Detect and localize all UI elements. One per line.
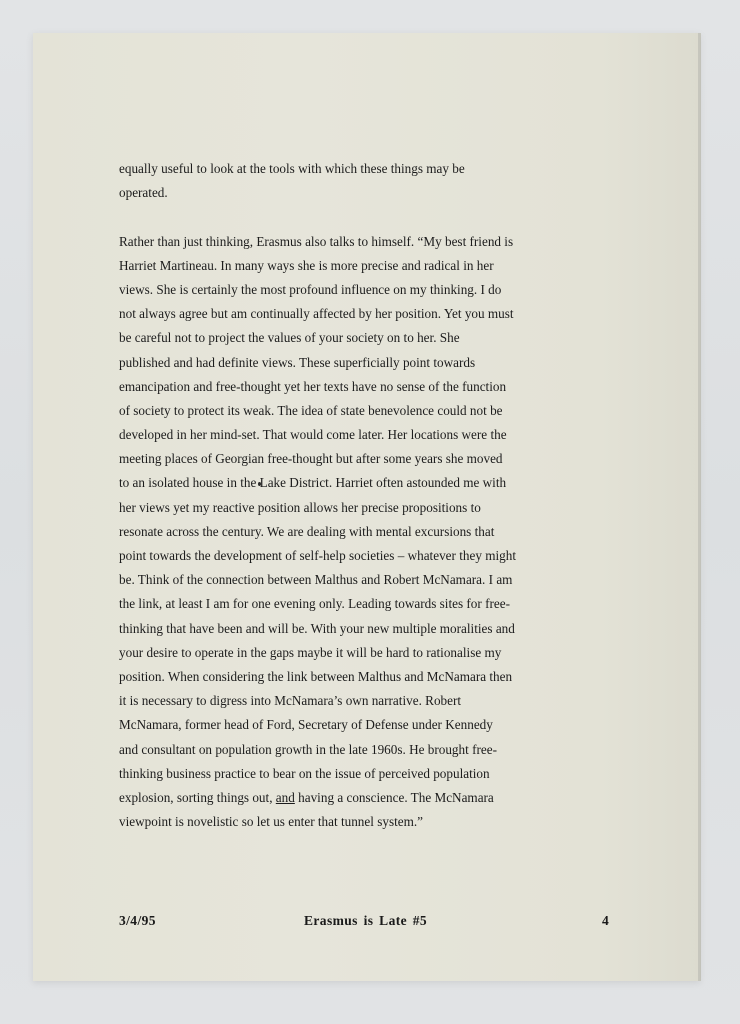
text-line: your desire to operate in the gaps maybe…	[119, 641, 539, 665]
text-line: meeting places of Georgian free-thought …	[119, 447, 539, 471]
text-line: it is necessary to digress into McNamara…	[119, 689, 539, 713]
text-line: be careful not to project the values of …	[119, 326, 539, 350]
text-line: the link, at least I am for one evening …	[119, 592, 539, 616]
footer-date: 3/4/95	[119, 913, 156, 929]
text-line-with-underline: explosion, sorting things out, and havin…	[119, 786, 539, 810]
text-line: McNamara, former head of Ford, Secretary…	[119, 713, 539, 737]
text-fragment: explosion, sorting things out,	[119, 790, 276, 805]
text-line: be. Think of the connection between Malt…	[119, 568, 539, 592]
text-line: point towards the development of self-he…	[119, 544, 539, 568]
text-line: to an isolated house in the Lake Distric…	[119, 471, 539, 495]
paper-page: equally useful to look at the tools with…	[33, 33, 700, 981]
text-line: of society to protect its weak. The idea…	[119, 399, 539, 423]
text-line: her views yet my reactive position allow…	[119, 496, 539, 520]
text-line: and consultant on population growth in t…	[119, 738, 539, 762]
text-line: operated.	[119, 181, 539, 205]
text-line: viewpoint is novelistic so let us enter …	[119, 810, 539, 834]
text-line: position. When considering the link betw…	[119, 665, 539, 689]
text-line: emancipation and free-thought yet her te…	[119, 375, 539, 399]
text-line: equally useful to look at the tools with…	[119, 157, 539, 181]
page-number: 4	[602, 913, 609, 929]
text-line: views. She is certainly the most profoun…	[119, 278, 539, 302]
text-line: thinking that have been and will be. Wit…	[119, 617, 539, 641]
paragraph-gap	[119, 205, 539, 229]
paragraph-1: equally useful to look at the tools with…	[119, 157, 539, 205]
text-line: Rather than just thinking, Erasmus also …	[119, 230, 539, 254]
text-line: developed in her mind-set. That would co…	[119, 423, 539, 447]
page-footer: 3/4/95 Erasmus is Late #5 4	[33, 913, 700, 937]
text-line: thinking business practice to bear on th…	[119, 762, 539, 786]
text-line: Harriet Martineau. In many ways she is m…	[119, 254, 539, 278]
text-line: published and had definite views. These …	[119, 351, 539, 375]
footer-title: Erasmus is Late #5	[304, 913, 427, 929]
underlined-word: and	[276, 790, 295, 805]
text-line: not always agree but am continually affe…	[119, 302, 539, 326]
ink-speck	[258, 482, 261, 486]
paragraph-2: Rather than just thinking, Erasmus also …	[119, 230, 539, 835]
text-fragment: having a conscience. The McNamara	[295, 790, 494, 805]
document-body: equally useful to look at the tools with…	[119, 157, 539, 834]
text-line: resonate across the century. We are deal…	[119, 520, 539, 544]
